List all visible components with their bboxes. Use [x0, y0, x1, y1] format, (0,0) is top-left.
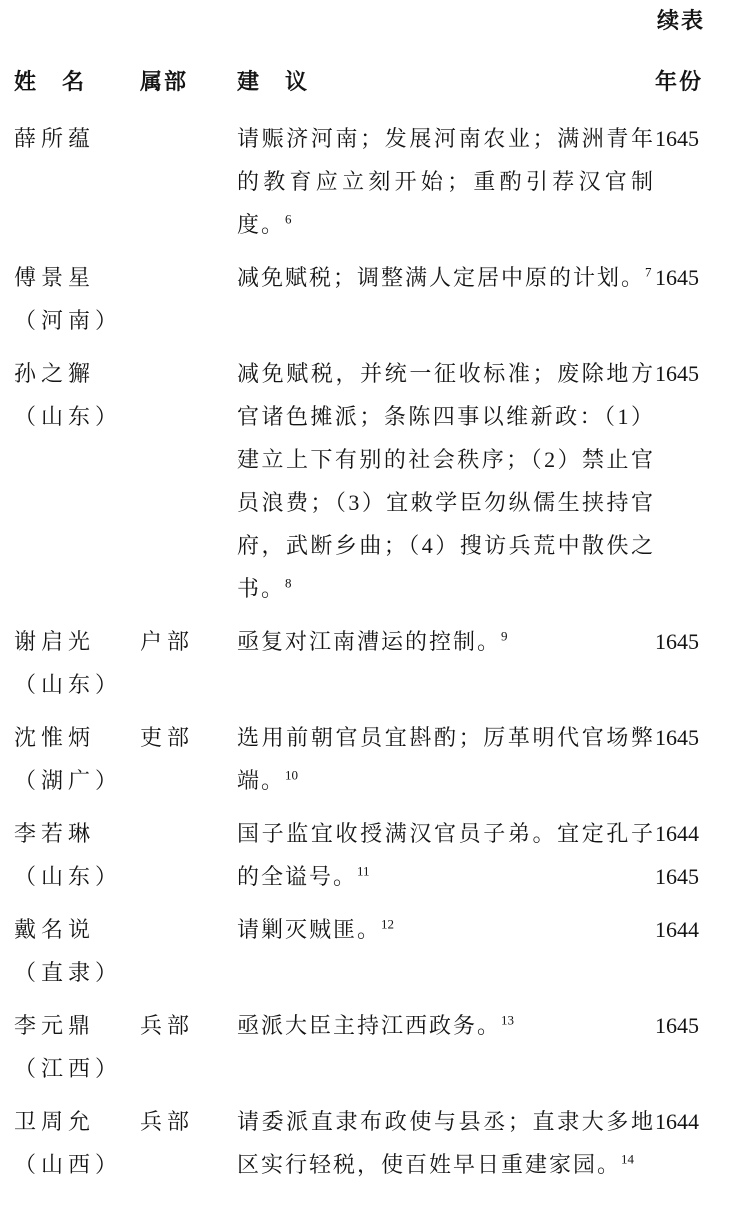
person-name: 孙之獬 [14, 352, 140, 395]
suggestion-cell: 亟派大臣主持江西政务。13 [237, 1004, 655, 1090]
suggestion-cell: 选用前朝官员宜斟酌；厉革明代官场弊端。10 [237, 716, 655, 802]
person-name: 傅景星 [14, 256, 140, 299]
table-row: 戴名说 （直隶） 请剿灭贼匪。12 1644 [14, 908, 705, 994]
suggestion-text: 选用前朝官员宜斟酌；厉革明代官场弊端。 [237, 725, 655, 793]
name-cell: 谢启光 （山东） [14, 620, 140, 706]
suggestion-cell: 请赈济河南；发展河南农业；满洲青年的教育应立刻开始；重酌引荐汉官制度。6 [237, 117, 655, 246]
dept-cell [140, 812, 237, 898]
footnote-ref: 11 [357, 864, 370, 879]
footnote-ref: 8 [285, 576, 292, 591]
suggestion-text: 请剿灭贼匪。 [237, 917, 381, 942]
year-cell: 1644 [655, 908, 705, 994]
suggestion-text: 减免赋税，并统一征收标准；废除地方官诸色摊派；条陈四事以维新政：（1）建立上下有… [237, 361, 655, 601]
table-row: 谢启光 （山东） 户部 亟复对江南漕运的控制。9 1645 [14, 620, 705, 706]
year-cell: 1644 [655, 1100, 705, 1186]
header-dept: 属部 [140, 60, 237, 103]
footnote-ref: 7 [645, 265, 652, 280]
name-cell: 薛所蕴 [14, 117, 140, 246]
footnote-ref: 12 [381, 917, 394, 932]
continued-table-label: 续表 [14, 6, 705, 36]
year-cell: 1645 [655, 1004, 705, 1090]
name-cell: 李若琳 （山东） [14, 812, 140, 898]
person-name: 沈惟炳 [14, 716, 140, 759]
table-row: 沈惟炳 （湖广） 吏部 选用前朝官员宜斟酌；厉革明代官场弊端。10 1645 [14, 716, 705, 802]
footnote-ref: 14 [621, 1152, 634, 1167]
table-row: 傅景星 （河南） 减免赋税；调整满人定居中原的计划。7 1645 [14, 256, 705, 342]
person-name: 谢启光 [14, 620, 140, 663]
table-row: 薛所蕴 请赈济河南；发展河南农业；满洲青年的教育应立刻开始；重酌引荐汉官制度。6… [14, 117, 705, 246]
person-origin: （湖广） [14, 759, 140, 802]
document-page: 续表 姓 名 属部 建 议 年份 薛所蕴 请赈济河南；发展河南农业；满洲青年的教… [0, 0, 734, 1207]
person-name: 薛所蕴 [14, 117, 140, 160]
header-name: 姓 名 [14, 60, 140, 103]
person-name: 李若琳 [14, 812, 140, 855]
footnote-ref: 13 [501, 1013, 514, 1028]
name-cell: 孙之獬 （山东） [14, 352, 140, 610]
suggestion-cell: 减免赋税；调整满人定居中原的计划。7 [237, 256, 655, 342]
table-row: 李元鼎 （江西） 兵部 亟派大臣主持江西政务。13 1645 [14, 1004, 705, 1090]
person-name: 戴名说 [14, 908, 140, 951]
suggestion-text: 亟复对江南漕运的控制。 [237, 629, 501, 654]
dept-cell: 兵部 [140, 1004, 237, 1090]
footnote-ref: 9 [501, 629, 508, 644]
dept-cell: 兵部 [140, 1100, 237, 1186]
suggestion-text: 请委派直隶布政使与县丞；直隶大多地区实行轻税，使百姓早日重建家园。 [237, 1109, 655, 1177]
person-origin: （江西） [14, 1047, 140, 1090]
person-name: 卫周允 [14, 1100, 140, 1143]
name-cell: 沈惟炳 （湖广） [14, 716, 140, 802]
suggestion-text: 亟派大臣主持江西政务。 [237, 1013, 501, 1038]
dept-cell [140, 908, 237, 994]
suggestion-cell: 国子监宜收授满汉官员子弟。宜定孔子的全谥号。11 [237, 812, 655, 898]
name-cell: 李元鼎 （江西） [14, 1004, 140, 1090]
table-body: 薛所蕴 请赈济河南；发展河南农业；满洲青年的教育应立刻开始；重酌引荐汉官制度。6… [14, 117, 705, 1186]
year-cell: 1645 [655, 117, 705, 246]
table-row: 李若琳 （山东） 国子监宜收授满汉官员子弟。宜定孔子的全谥号。11 1644 1… [14, 812, 705, 898]
dept-cell: 户部 [140, 620, 237, 706]
suggestion-cell: 亟复对江南漕运的控制。9 [237, 620, 655, 706]
year-cell: 1645 [655, 352, 705, 610]
dept-cell [140, 117, 237, 246]
person-origin: （山东） [14, 663, 140, 706]
suggestion-cell: 减免赋税，并统一征收标准；废除地方官诸色摊派；条陈四事以维新政：（1）建立上下有… [237, 352, 655, 610]
suggestion-cell: 请委派直隶布政使与县丞；直隶大多地区实行轻税，使百姓早日重建家园。14 [237, 1100, 655, 1186]
person-origin: （直隶） [14, 951, 140, 994]
header-year: 年份 [655, 60, 705, 103]
person-name: 李元鼎 [14, 1004, 140, 1047]
table-row: 孙之獬 （山东） 减免赋税，并统一征收标准；废除地方官诸色摊派；条陈四事以维新政… [14, 352, 705, 610]
table-header: 姓 名 属部 建 议 年份 [14, 60, 705, 103]
suggestion-cell: 请剿灭贼匪。12 [237, 908, 655, 994]
footnote-ref: 10 [285, 768, 298, 783]
footnote-ref: 6 [285, 212, 292, 227]
dept-cell [140, 256, 237, 342]
table-row: 卫周允 （山西） 兵部 请委派直隶布政使与县丞；直隶大多地区实行轻税，使百姓早日… [14, 1100, 705, 1186]
name-cell: 戴名说 （直隶） [14, 908, 140, 994]
person-origin: （山西） [14, 1143, 140, 1186]
dept-cell [140, 352, 237, 610]
person-origin: （河南） [14, 299, 140, 342]
suggestion-text: 国子监宜收授满汉官员子弟。宜定孔子的全谥号。 [237, 821, 655, 889]
header-suggestion: 建 议 [237, 60, 655, 103]
person-origin: （山东） [14, 395, 140, 438]
dept-cell: 吏部 [140, 716, 237, 802]
year-cell: 1645 [655, 256, 705, 342]
suggestion-text: 请赈济河南；发展河南农业；满洲青年的教育应立刻开始；重酌引荐汉官制度。 [237, 126, 655, 237]
person-origin: （山东） [14, 855, 140, 898]
suggestion-text: 减免赋税；调整满人定居中原的计划。 [237, 265, 645, 290]
year-cell: 1645 [655, 620, 705, 706]
year-cell: 1645 [655, 716, 705, 802]
year-cell: 1644 1645 [655, 812, 705, 898]
name-cell: 卫周允 （山西） [14, 1100, 140, 1186]
name-cell: 傅景星 （河南） [14, 256, 140, 342]
